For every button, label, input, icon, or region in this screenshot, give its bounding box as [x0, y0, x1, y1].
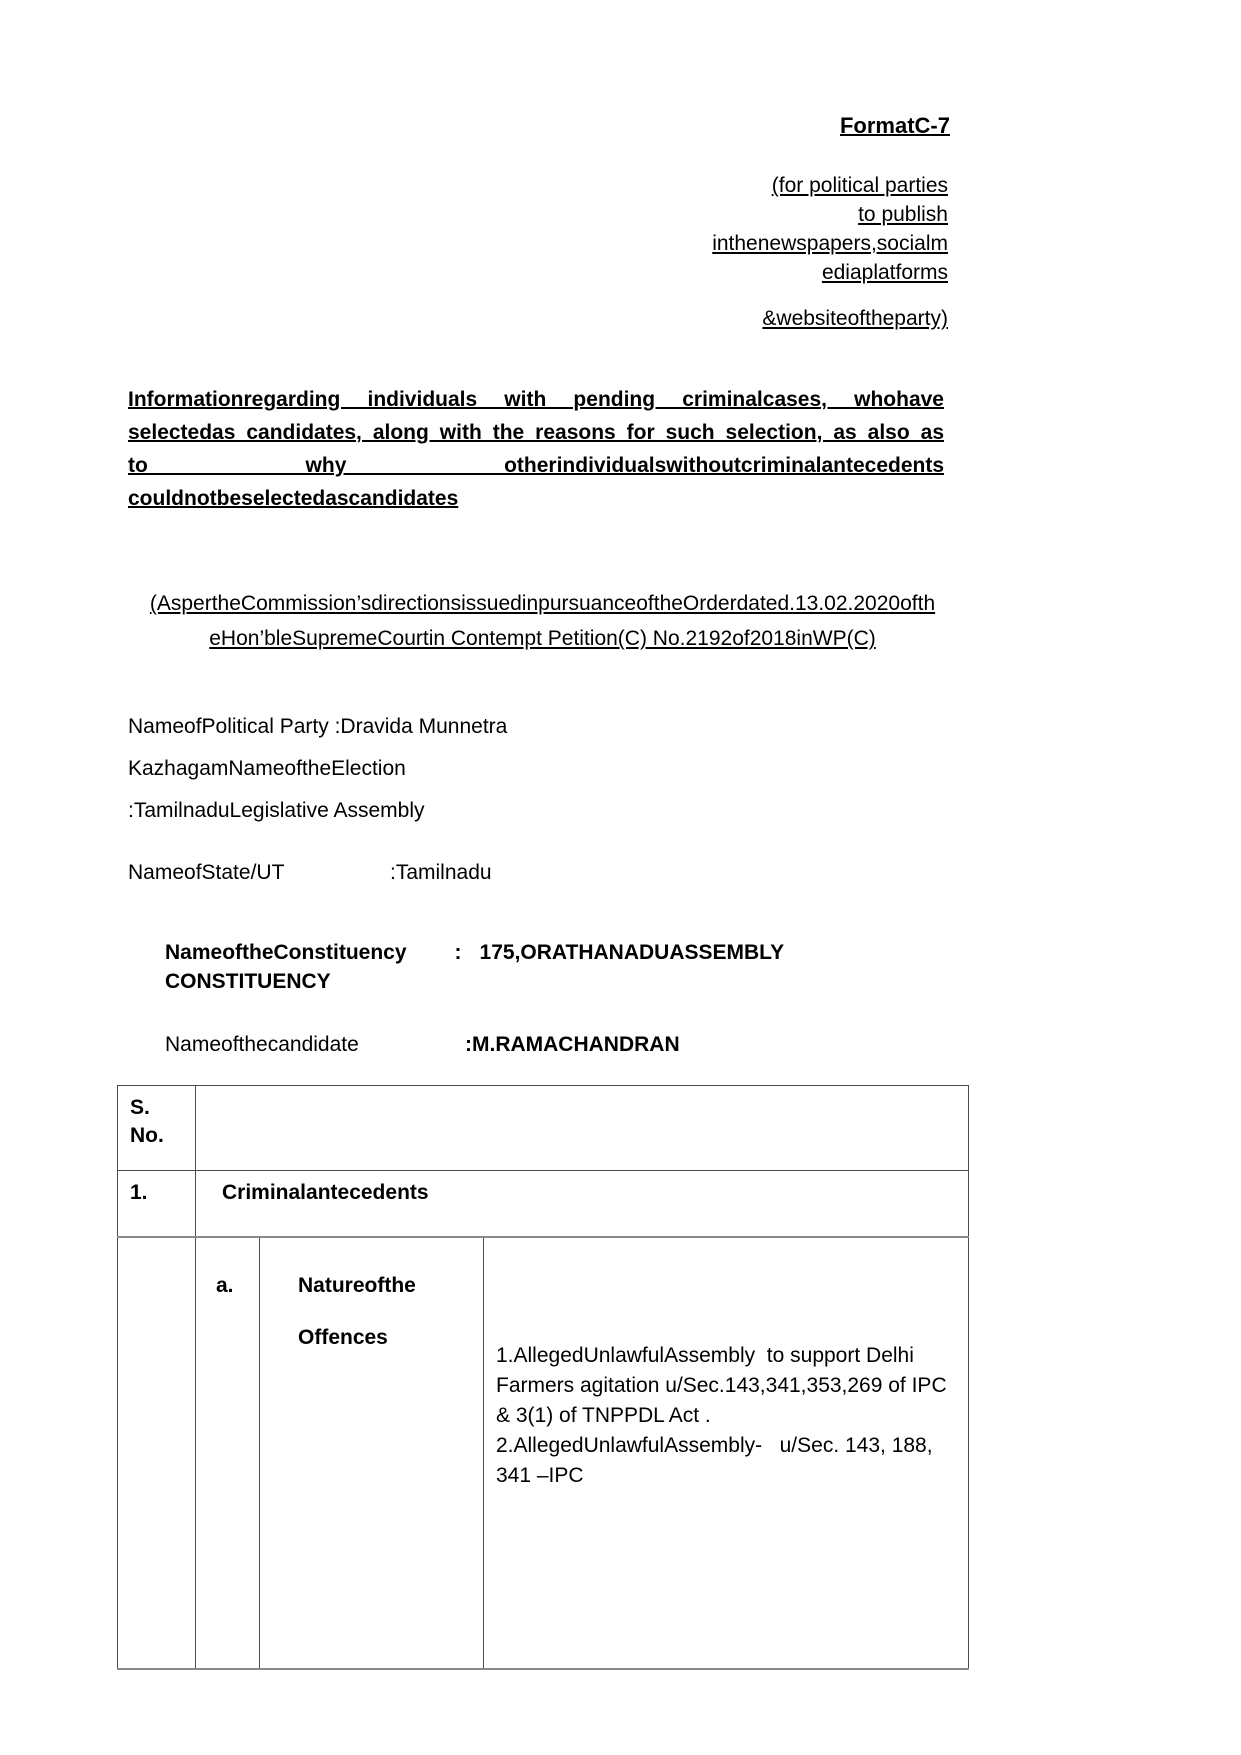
- format-label-text: FormatC-7: [840, 113, 950, 138]
- commission-note: (AspertheCommission’sdirectionsissuedinp…: [120, 586, 965, 656]
- heading-line: selectedas candidates, along with the re…: [128, 416, 944, 449]
- empty-cell: [118, 1237, 196, 1669]
- commission-note-line: eHon’bleSupremeCourtin Contempt Petition…: [120, 621, 965, 656]
- offence-row: a. Natureofthe Offences 1.AllegedUnlawfu…: [118, 1237, 969, 1669]
- candidate-label: Nameofthecandidate: [165, 1031, 465, 1058]
- publish-note-line: to publish: [0, 200, 948, 229]
- publish-note-tail: &websiteoftheparty): [0, 304, 948, 333]
- format-label: FormatC-7: [0, 112, 950, 139]
- commission-note-line: (AspertheCommission’sdirectionsissuedinp…: [120, 586, 965, 621]
- constituency-line: NameoftheConstituency:175,ORATHANADUASSE…: [165, 938, 944, 996]
- candidate-line: Nameofthecandidate:M.RAMACHANDRAN: [165, 1031, 1241, 1058]
- state-label: NameofState/UT: [128, 859, 390, 886]
- party-election-block: NameofPolitical Party :Dravida Munnetra …: [128, 706, 1241, 832]
- sub-item-label: a.: [196, 1237, 260, 1669]
- state-line: NameofState/UT:Tamilnadu: [128, 859, 1241, 886]
- heading-line: couldnotbeselectedascandidates: [128, 482, 944, 515]
- constituency-label: NameoftheConstituency: [165, 941, 407, 964]
- criminal-antecedents-header: Criminalantecedents: [196, 1171, 969, 1238]
- table-header-row: S. No.: [118, 1086, 969, 1171]
- election-value-line: :TamilnaduLegislative Assembly: [128, 790, 1241, 832]
- row-number-cell: 1.: [118, 1171, 196, 1238]
- antecedents-table: S. No. 1. Criminalantecedents a. Natureo…: [117, 1085, 969, 1670]
- section-row: 1. Criminalantecedents: [118, 1171, 969, 1238]
- offence-details: 1.AllegedUnlawfulAssembly to support Del…: [496, 1341, 958, 1491]
- document-page: FormatC-7 (for political parties to publ…: [0, 0, 1241, 1755]
- candidate-value: :M.RAMACHANDRAN: [465, 1033, 680, 1056]
- heading-line: to why otherindividualswithoutcriminalan…: [128, 449, 944, 482]
- state-value: :Tamilnadu: [390, 861, 492, 884]
- publish-note: (for political parties to publish inthen…: [0, 171, 948, 287]
- publish-note-line: inthenewspapers,socialm: [0, 229, 948, 258]
- empty-header-cell: [196, 1086, 969, 1171]
- serial-header-cell: S. No.: [118, 1086, 196, 1171]
- election-name-line: KazhagamNameoftheElection: [128, 748, 1241, 790]
- heading-paragraph: Informationregarding individuals with pe…: [128, 383, 944, 515]
- publish-note-line: (for political parties: [0, 171, 948, 200]
- constituency-separator: :: [455, 941, 462, 964]
- party-name-line: NameofPolitical Party :Dravida Munnetra: [128, 706, 1241, 748]
- offence-nature-label: Natureofthe Offences: [260, 1237, 484, 1669]
- heading-line: Informationregarding individuals with pe…: [128, 383, 944, 416]
- publish-note-line: ediaplatforms: [0, 258, 948, 287]
- offence-details-cell: 1.AllegedUnlawfulAssembly to support Del…: [484, 1237, 969, 1669]
